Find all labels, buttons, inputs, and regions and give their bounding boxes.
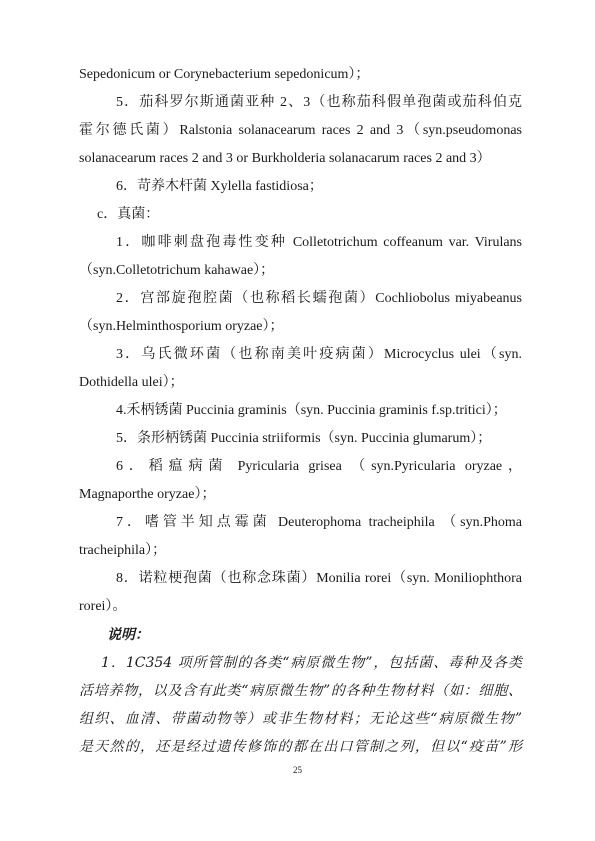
item-fungi-7-line1: 7．嗜管半知点霉菌 Deuterophoma tracheiphila （syn…: [79, 509, 522, 537]
note-1-line2: 活培养物，以及含有此类“病原微生物”的各种生物材料（如：细胞、: [79, 677, 522, 705]
item-bacteria-6: 6．苛养木杆菌 Xylella fastidiosa；: [79, 173, 522, 201]
item-fungi-7-line2: tracheiphila）；: [79, 537, 522, 565]
page-number: 25: [0, 763, 595, 777]
item-fungi-1-line2: （syn.Colletotrichum kahawae）；: [79, 257, 522, 285]
item-fungi-6-line2: Magnaporthe oryzae）；: [79, 481, 522, 509]
item-fungi-5: 5．条形柄锈菌 Puccinia striiformis（syn. Puccin…: [79, 425, 522, 453]
item-bacteria-5-line2: 霍尔德氏菌）Ralstonia solanacearum races 2 and…: [79, 117, 522, 145]
note-1-line4: 是天然的，还是经过遗传修饰的都在出口管制之列，但以“疫苗”形: [79, 733, 522, 761]
item-fungi-3-line1: 3．乌氏微环菌（也称南美叶疫病菌）Microcyclus ulei（syn.: [79, 341, 522, 369]
item-fungi-6-line1: 6．稻瘟病菌 Pyricularia grisea （syn.Pyricular…: [79, 453, 522, 481]
item-fungi-2-line2: （syn.Helminthosporium oryzae）；: [79, 313, 522, 341]
item-bacteria-5-line1: 5．茄科罗尔斯通菌亚种 2、3（也称茄科假单孢菌或茄科伯克: [79, 89, 522, 117]
item-fungi-4: 4.禾柄锈菌 Puccinia graminis（syn. Puccinia g…: [79, 397, 522, 425]
item-fungi-1-line1: 1．咖啡刺盘孢毒性变种 Colletotrichum coffeanum var…: [79, 229, 522, 257]
item-bacteria-5-line3: solanacearum races 2 and 3 or Burkholder…: [79, 145, 522, 173]
note-1-line1: 1．1C354 项所管制的各类“病原微生物”，包括菌、毒种及各类: [79, 649, 522, 677]
item-fungi-8-line2: rorei）。: [79, 593, 522, 621]
heading-fungi-section: c．真菌：: [79, 201, 522, 229]
note-1-line3: 组织、血清、带菌动物等）或非生物材料；无论这些“病原微生物”: [79, 705, 522, 733]
item-fungi-3-line2: Dothidella ulei）；: [79, 369, 522, 397]
notes-heading: 说明：: [79, 621, 522, 649]
item-fungi-8-line1: 8．诺粒梗孢菌（也称念珠菌）Monilia rorei（syn. Monilio…: [79, 565, 522, 593]
document-body: Sepedonicum or Corynebacterium sepedonic…: [79, 61, 522, 761]
line-sepedonicum-continuation: Sepedonicum or Corynebacterium sepedonic…: [79, 61, 522, 89]
document-page: Sepedonicum or Corynebacterium sepedonic…: [0, 0, 595, 841]
item-fungi-2-line1: 2．宫部旋孢腔菌（也称稻长蠕孢菌）Cochliobolus miyabeanus: [79, 285, 522, 313]
